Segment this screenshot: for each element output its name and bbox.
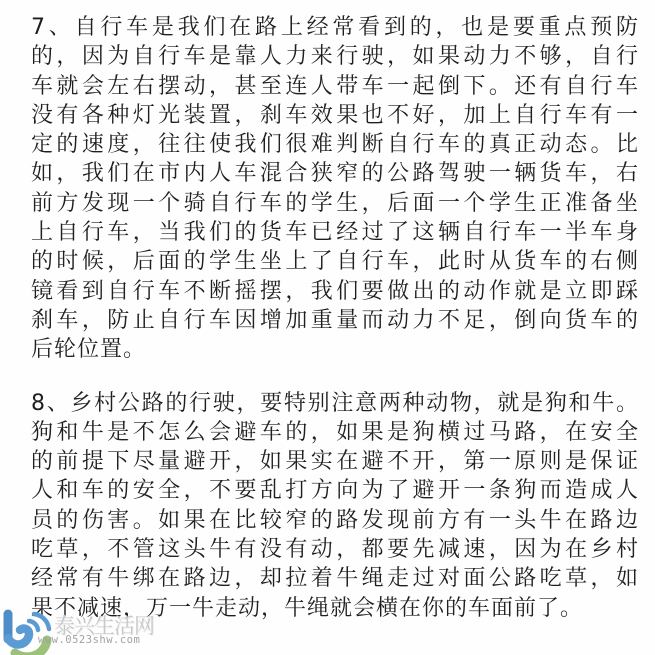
text-line: 经常有牛绑在路边，却拉着牛绳走过对面公路吃草，如 [31,564,639,593]
text-line: 如，我们在市内人车混合狭窄的公路驾驶一辆货车，右 [31,159,639,188]
text-line: 上自行车，当我们的货车已经过了这辆自行车一半车身 [31,218,639,247]
text-line: 定的速度，往往使我们很难判断自行车的真正动态。比 [31,130,639,159]
site-watermark: 泰兴生活网 www.0523shw.com [0,603,260,655]
text-line: 车就会左右摆动，甚至连人带车一起倒下。还有自行车 [31,72,639,101]
text-line: 前方发现一个骑自行车的学生，后面一个学生正准备坐 [31,189,639,218]
text-line: 没有各种灯光装置，刹车效果也不好，加上自行车有一 [31,101,639,130]
paragraph-8: 8、乡村公路的行驶，要特别注意两种动物，就是狗和牛。 狗和牛是不怎么会避车的，如… [31,389,639,623]
scanned-document-page: 7、自行车是我们在路上经常看到的，也是要重点预防 的，因为自行车是靠人力来行驶，… [0,0,655,655]
text-line: 8、乡村公路的行驶，要特别注意两种动物，就是狗和牛。 [31,389,639,418]
text-line: 员的伤害。如果在比较窄的路发现前方有一头牛在路边 [31,506,639,535]
site-logo-icon [1,609,55,655]
text-line: 镜看到自行车不断摇摆，我们要做出的动作就是立即踩 [31,277,639,306]
text-line: 的，因为自行车是靠人力来行驶，如果动力不够，自行 [31,42,639,71]
text-line: 狗和牛是不怎么会避车的，如果是狗横过马路，在安全 [31,418,639,447]
paragraph-7: 7、自行车是我们在路上经常看到的，也是要重点预防 的，因为自行车是靠人力来行驶，… [31,13,639,365]
text-line: 的前提下尽量避开，如果实在避不开，第一原则是保证 [31,447,639,476]
watermark-site-url: www.0523shw.com [38,634,140,646]
text-line: 的时候，后面的学生坐上了自行车，此时从货车的右侧 [31,247,639,276]
text-line: 刹车，防止自行车因增加重量而动力不足，倒向货车的 [31,306,639,335]
text-line: 吃草，不管这头牛有没有动，都要先减速，因为在乡村 [31,535,639,564]
document-text: 7、自行车是我们在路上经常看到的，也是要重点预防 的，因为自行车是靠人力来行驶，… [31,13,639,623]
text-line: 人和车的安全，不要乱打方向为了避开一条狗而造成人 [31,476,639,505]
text-line: 7、自行车是我们在路上经常看到的，也是要重点预防 [31,13,639,42]
text-line: 后轮位置。 [31,335,639,364]
